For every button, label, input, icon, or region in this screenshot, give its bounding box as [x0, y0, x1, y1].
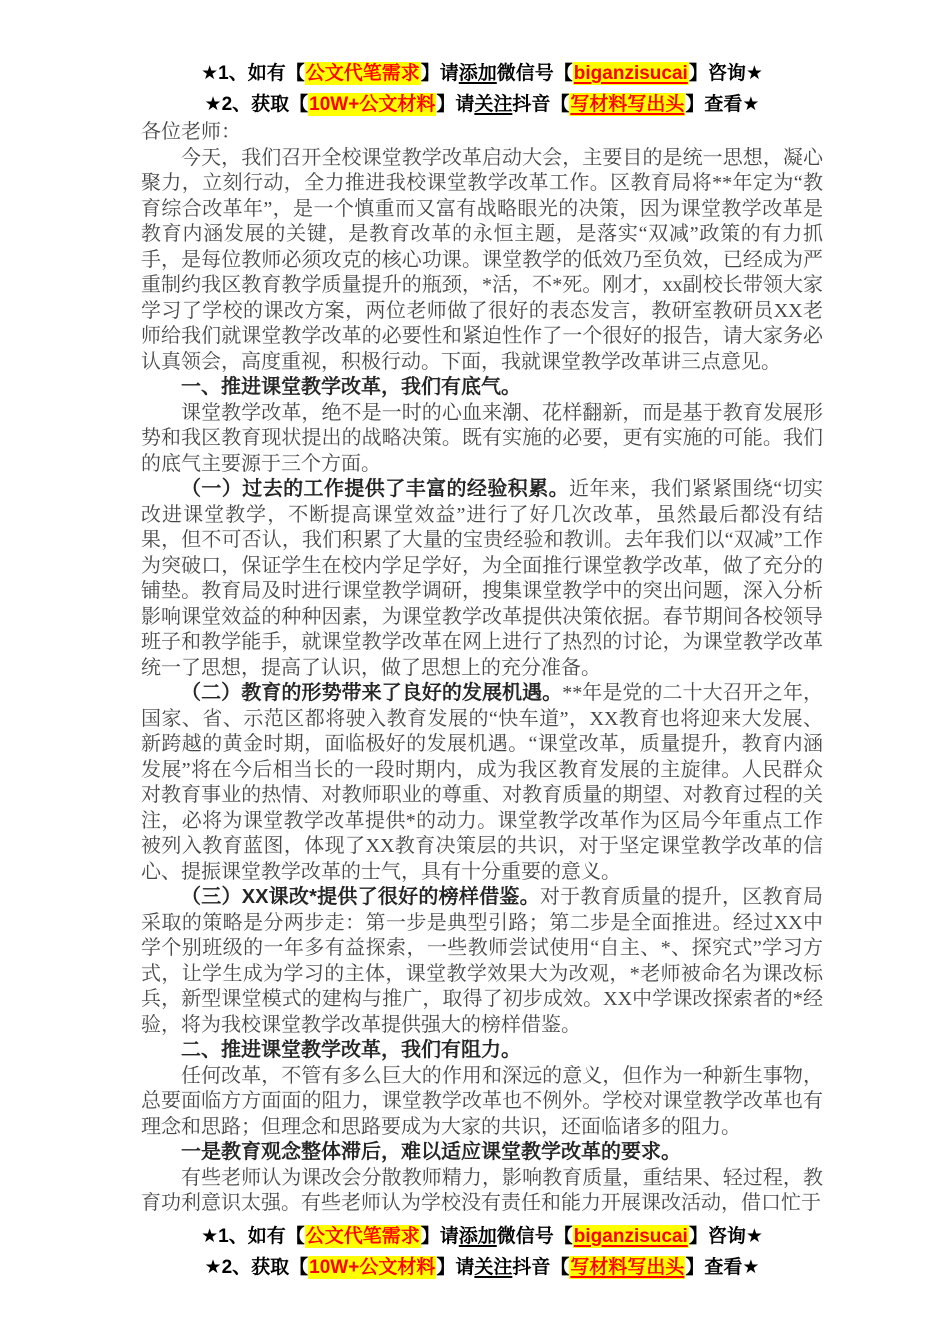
notice-text: ★2、获取【	[205, 94, 309, 115]
notice-text: 抖音【	[512, 94, 569, 115]
highlighted-text: biganzisucai	[573, 1225, 689, 1248]
notice-text: 抖音【	[512, 1257, 569, 1278]
paragraph: （一）过去的工作提供了丰富的经验积累。近年来，我们紧紧围绕“切实改进课堂教学，不…	[141, 477, 823, 681]
highlighted-text: 写材料写出头	[569, 1256, 685, 1279]
highlighted-text: 公文代笔需求	[305, 62, 421, 85]
paragraphs-container: 今天，我们召开全校课堂教学改革启动大会，主要目的是统一思想，凝心聚力，立刻行动，…	[141, 146, 823, 1217]
paragraph: 任何改革，不管有多么巨大的作用和深远的意义，但作为一种新生事物，总要面临方方面面…	[141, 1064, 823, 1141]
paragraph-lead: （三）XX课改*提供了很好的榜样借鉴。	[181, 886, 540, 908]
notice-line-1: ★1、如有【公文代笔需求】请添加微信号【biganzisucai】咨询★	[141, 1221, 823, 1252]
notice-text: 】请	[421, 1226, 459, 1247]
notice-banner-bottom: ★1、如有【公文代笔需求】请添加微信号【biganzisucai】咨询★★2、获…	[141, 1221, 823, 1283]
document-body: 各位老师： 今天，我们召开全校课堂教学改革启动大会，主要目的是统一思想，凝心聚力…	[141, 120, 823, 1217]
paragraph-lead: （一）过去的工作提供了丰富的经验积累。	[181, 478, 569, 500]
notice-text: 】咨询★	[689, 1226, 763, 1247]
notice-text: 添加	[459, 63, 497, 84]
notice-text: 】查看★	[685, 94, 759, 115]
notice-text: 】请	[421, 63, 459, 84]
notice-line-2: ★2、获取【10W+公文材料】请关注抖音【写材料写出头】查看★	[141, 89, 823, 120]
highlighted-text: 写材料写出头	[569, 93, 685, 116]
notice-text: 】请	[436, 1257, 474, 1278]
highlighted-text: 10W+公文材料	[308, 93, 436, 116]
notice-text: 关注	[474, 94, 512, 115]
paragraph: （二）教育的形势带来了良好的发展机遇。**年是党的二十大召开之年，国家、省、示范…	[141, 681, 823, 885]
notice-line-1: ★1、如有【公文代笔需求】请添加微信号【biganzisucai】咨询★	[141, 58, 823, 89]
notice-text: ★1、如有【	[201, 63, 305, 84]
notice-text: 】查看★	[685, 1257, 759, 1278]
notice-text: 】咨询★	[689, 63, 763, 84]
page-content: ★1、如有【公文代笔需求】请添加微信号【biganzisucai】咨询★★2、获…	[141, 58, 823, 1283]
notice-text: 微信号【	[497, 63, 573, 84]
document-page: ★1、如有【公文代笔需求】请添加微信号【biganzisucai】咨询★★2、获…	[0, 0, 950, 1344]
notice-text: 添加	[459, 1226, 497, 1247]
notice-line-2: ★2、获取【10W+公文材料】请关注抖音【写材料写出头】查看★	[141, 1252, 823, 1283]
paragraph: 课堂教学改革，绝不是一时的心血来潮、花样翻新，而是基于教育发展形势和我区教育现状…	[141, 401, 823, 478]
paragraph-lead: （二）教育的形势带来了良好的发展机遇。	[181, 682, 562, 704]
highlighted-text: biganzisucai	[573, 62, 689, 85]
notice-text: 】请	[436, 94, 474, 115]
notice-text: 关注	[474, 1257, 512, 1278]
notice-text: ★1、如有【	[201, 1226, 305, 1247]
notice-text: 微信号【	[497, 1226, 573, 1247]
notice-banner-top: ★1、如有【公文代笔需求】请添加微信号【biganzisucai】咨询★★2、获…	[141, 58, 823, 120]
paragraph: 今天，我们召开全校课堂教学改革启动大会，主要目的是统一思想，凝心聚力，立刻行动，…	[141, 146, 823, 376]
section-heading: 二、推进课堂教学改革，我们有阻力。	[141, 1038, 823, 1064]
section-heading: 一、推进课堂教学改革，我们有底气。	[141, 375, 823, 401]
paragraph: 有些老师认为课改会分散教师精力，影响教育质量，重结果、轻过程，教育功利意识太强。…	[141, 1166, 823, 1217]
highlighted-text: 公文代笔需求	[305, 1225, 421, 1248]
paragraph: （三）XX课改*提供了很好的榜样借鉴。对于教育质量的提升，区教育局采取的策略是分…	[141, 885, 823, 1038]
salutation: 各位老师：	[141, 120, 823, 146]
sub-heading: 一是教育观念整体滞后，难以适应课堂教学改革的要求。	[141, 1140, 823, 1166]
highlighted-text: 10W+公文材料	[308, 1256, 436, 1279]
notice-text: ★2、获取【	[205, 1257, 309, 1278]
